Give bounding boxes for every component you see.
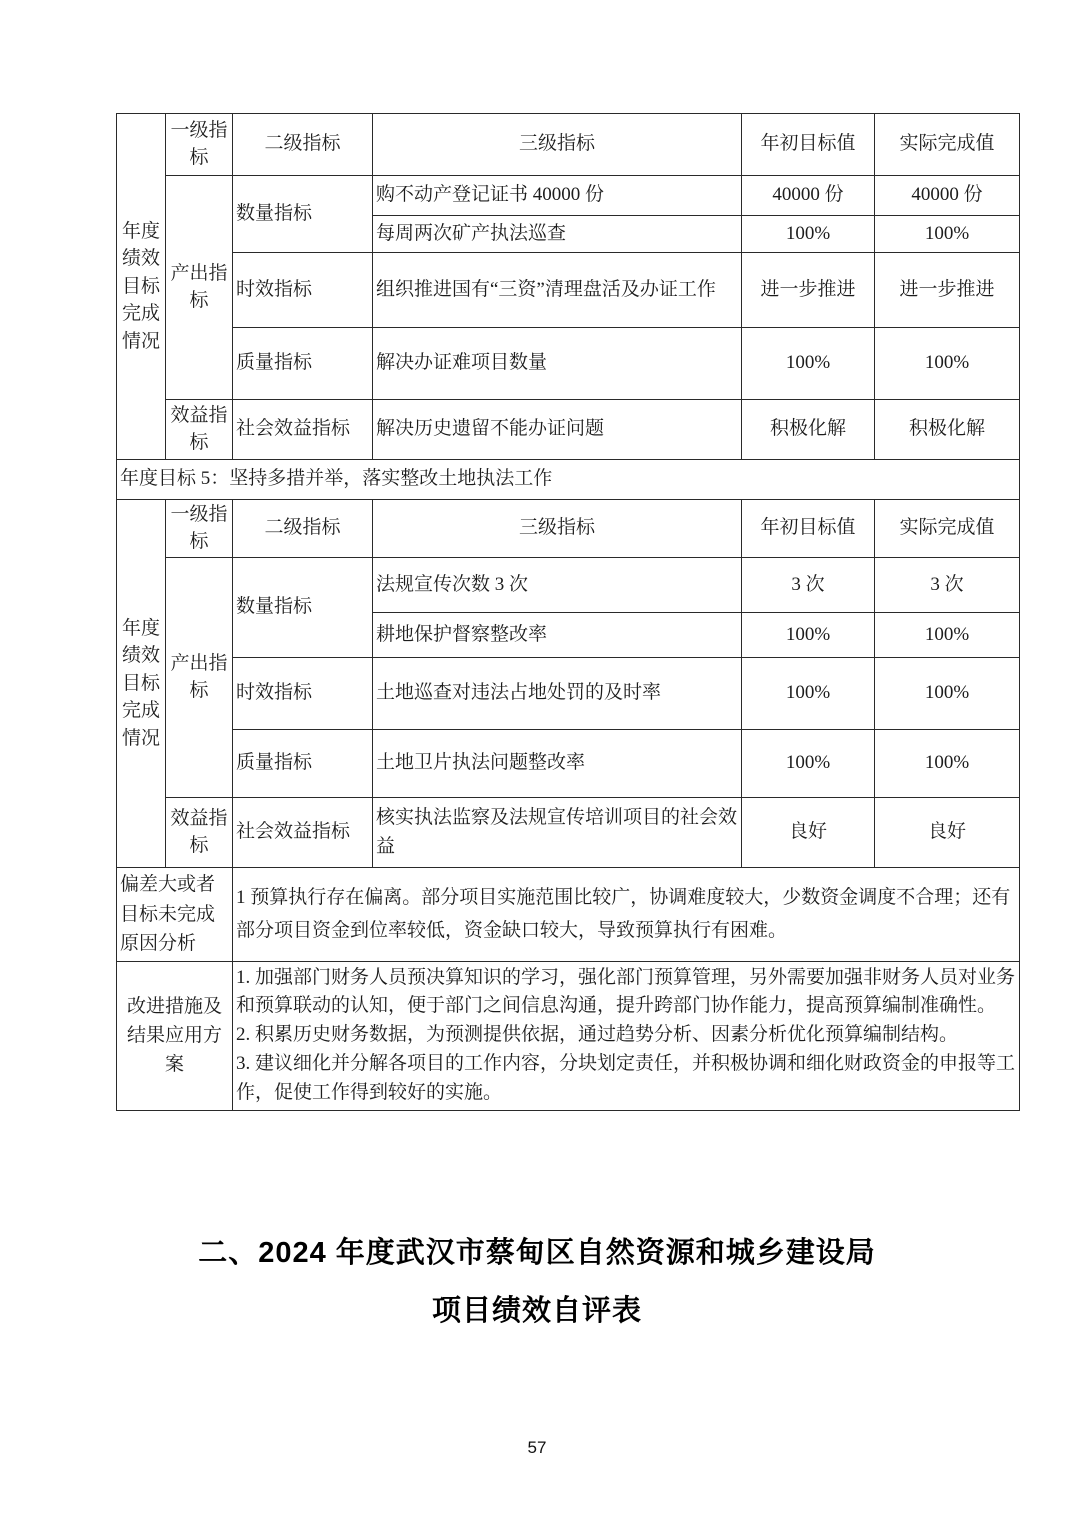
section1-side-label: 年度绩效目标完成情况 (117, 114, 166, 460)
table-row: 质量指标 解决办证难项目数量 100% 100% (117, 328, 1020, 400)
s2-social-label: 社会效益指标 (233, 798, 373, 868)
s2-benefit-indicator-label: 效益指标 (166, 798, 233, 868)
table-row: 产出指标 数量指标 法规宣传次数 3 次 3 次 3 次 (117, 558, 1020, 613)
header-level2: 二级指标 (233, 500, 373, 558)
header-level1: 一级指标 (166, 500, 233, 558)
s1-r4-indicator: 解决办证难项目数量 (373, 328, 742, 400)
s2-r5-indicator: 核实执法监察及法规宣传培训项目的社会效益 (373, 798, 742, 868)
s1-r4-target: 100% (742, 328, 875, 400)
header-level3: 三级指标 (373, 500, 742, 558)
table-row: 效益指标 社会效益指标 解决历史遗留不能办证问题 积极化解 积极化解 (117, 400, 1020, 460)
s2-r4-target: 100% (742, 730, 875, 798)
annual-goal5-row: 年度目标 5：坚持多措并举，落实整改土地执法工作 (117, 460, 1020, 500)
s2-r4-actual: 100% (875, 730, 1020, 798)
s1-r4-actual: 100% (875, 328, 1020, 400)
header-actual: 实际完成值 (875, 500, 1020, 558)
s2-r1-indicator: 法规宣传次数 3 次 (373, 558, 742, 613)
s1-r1-target: 40000 份 (742, 176, 875, 216)
deviation-label: 偏差大或者目标未完成原因分析 (117, 868, 233, 961)
table-row: 年度目标 5：坚持多措并举，落实整改土地执法工作 (117, 460, 1020, 500)
s2-quantity-label: 数量指标 (233, 558, 373, 658)
s1-r2-target: 100% (742, 216, 875, 253)
improvement-label: 改进措施及结果应用方案 (117, 961, 233, 1110)
table-row: 年度绩效目标完成情况 一级指标 二级指标 三级指标 年初目标值 实际完成值 (117, 500, 1020, 558)
s2-output-indicator-label: 产出指标 (166, 558, 233, 798)
header-level1: 一级指标 (166, 114, 233, 176)
header-level3: 三级指标 (373, 114, 742, 176)
s1-r3-target: 进一步推进 (742, 253, 875, 328)
s1-r5-target: 积极化解 (742, 400, 875, 460)
s1-r1-actual: 40000 份 (875, 176, 1020, 216)
s1-r1-indicator: 购不动产登记证书 40000 份 (373, 176, 742, 216)
s1-social-label: 社会效益指标 (233, 400, 373, 460)
s1-r5-indicator: 解决历史遗留不能办证问题 (373, 400, 742, 460)
table-row: 时效指标 组织推进国有“三资”清理盘活及办证工作 进一步推进 进一步推进 (117, 253, 1020, 328)
s2-r3-actual: 100% (875, 658, 1020, 730)
table-row: 时效指标 土地巡查对违法占地处罚的及时率 100% 100% (117, 658, 1020, 730)
table-row: 效益指标 社会效益指标 核实执法监察及法规宣传培训项目的社会效益 良好 良好 (117, 798, 1020, 868)
s1-output-indicator-label: 产出指标 (166, 176, 233, 400)
section-heading: 二、2024 年度武汉市蔡甸区自然资源和城乡建设局 项目绩效自评表 (0, 1224, 1074, 1340)
header-actual: 实际完成值 (875, 114, 1020, 176)
s2-r2-indicator: 耕地保护督察整改率 (373, 613, 742, 658)
performance-table: 年度绩效目标完成情况 一级指标 二级指标 三级指标 年初目标值 实际完成值 产出… (116, 113, 1020, 1111)
s1-quality-label: 质量指标 (233, 328, 373, 400)
s2-quality-label: 质量指标 (233, 730, 373, 798)
improvement-content: 1. 加强部门财务人员预决算知识的学习，强化部门预算管理，另外需要加强非财务人员… (233, 961, 1020, 1110)
s2-r1-target: 3 次 (742, 558, 875, 613)
section-heading-line1: 二、2024 年度武汉市蔡甸区自然资源和城乡建设局 (0, 1224, 1074, 1282)
s1-benefit-indicator-label: 效益指标 (166, 400, 233, 460)
s2-r5-target: 良好 (742, 798, 875, 868)
table-row: 改进措施及结果应用方案 1. 加强部门财务人员预决算知识的学习，强化部门预算管理… (117, 961, 1020, 1110)
s1-r2-indicator: 每周两次矿产执法巡查 (373, 216, 742, 253)
s1-quantity-label: 数量指标 (233, 176, 373, 253)
s2-r5-actual: 良好 (875, 798, 1020, 868)
s2-r2-target: 100% (742, 613, 875, 658)
s1-r3-actual: 进一步推进 (875, 253, 1020, 328)
s2-r3-target: 100% (742, 658, 875, 730)
s2-r3-indicator: 土地巡查对违法占地处罚的及时率 (373, 658, 742, 730)
s2-timeliness-label: 时效指标 (233, 658, 373, 730)
document-page: 年度绩效目标完成情况 一级指标 二级指标 三级指标 年初目标值 实际完成值 产出… (0, 0, 1074, 1520)
section2-side-label: 年度绩效目标完成情况 (117, 500, 166, 868)
s1-timeliness-label: 时效指标 (233, 253, 373, 328)
table-row: 质量指标 土地卫片执法问题整改率 100% 100% (117, 730, 1020, 798)
deviation-content: 1 预算执行存在偏离。部分项目实施范围比较广，协调难度较大，少数资金调度不合理；… (233, 868, 1020, 961)
header-target: 年初目标值 (742, 500, 875, 558)
s2-r1-actual: 3 次 (875, 558, 1020, 613)
s1-r2-actual: 100% (875, 216, 1020, 253)
section-heading-line2: 项目绩效自评表 (0, 1282, 1074, 1340)
table-row: 产出指标 数量指标 购不动产登记证书 40000 份 40000 份 40000… (117, 176, 1020, 216)
header-target: 年初目标值 (742, 114, 875, 176)
s2-r4-indicator: 土地卫片执法问题整改率 (373, 730, 742, 798)
table-row: 偏差大或者目标未完成原因分析 1 预算执行存在偏离。部分项目实施范围比较广，协调… (117, 868, 1020, 961)
table-row: 年度绩效目标完成情况 一级指标 二级指标 三级指标 年初目标值 实际完成值 (117, 114, 1020, 176)
s1-r3-indicator: 组织推进国有“三资”清理盘活及办证工作 (373, 253, 742, 328)
s2-r2-actual: 100% (875, 613, 1020, 658)
header-level2: 二级指标 (233, 114, 373, 176)
s1-r5-actual: 积极化解 (875, 400, 1020, 460)
page-number: 57 (0, 1438, 1074, 1458)
